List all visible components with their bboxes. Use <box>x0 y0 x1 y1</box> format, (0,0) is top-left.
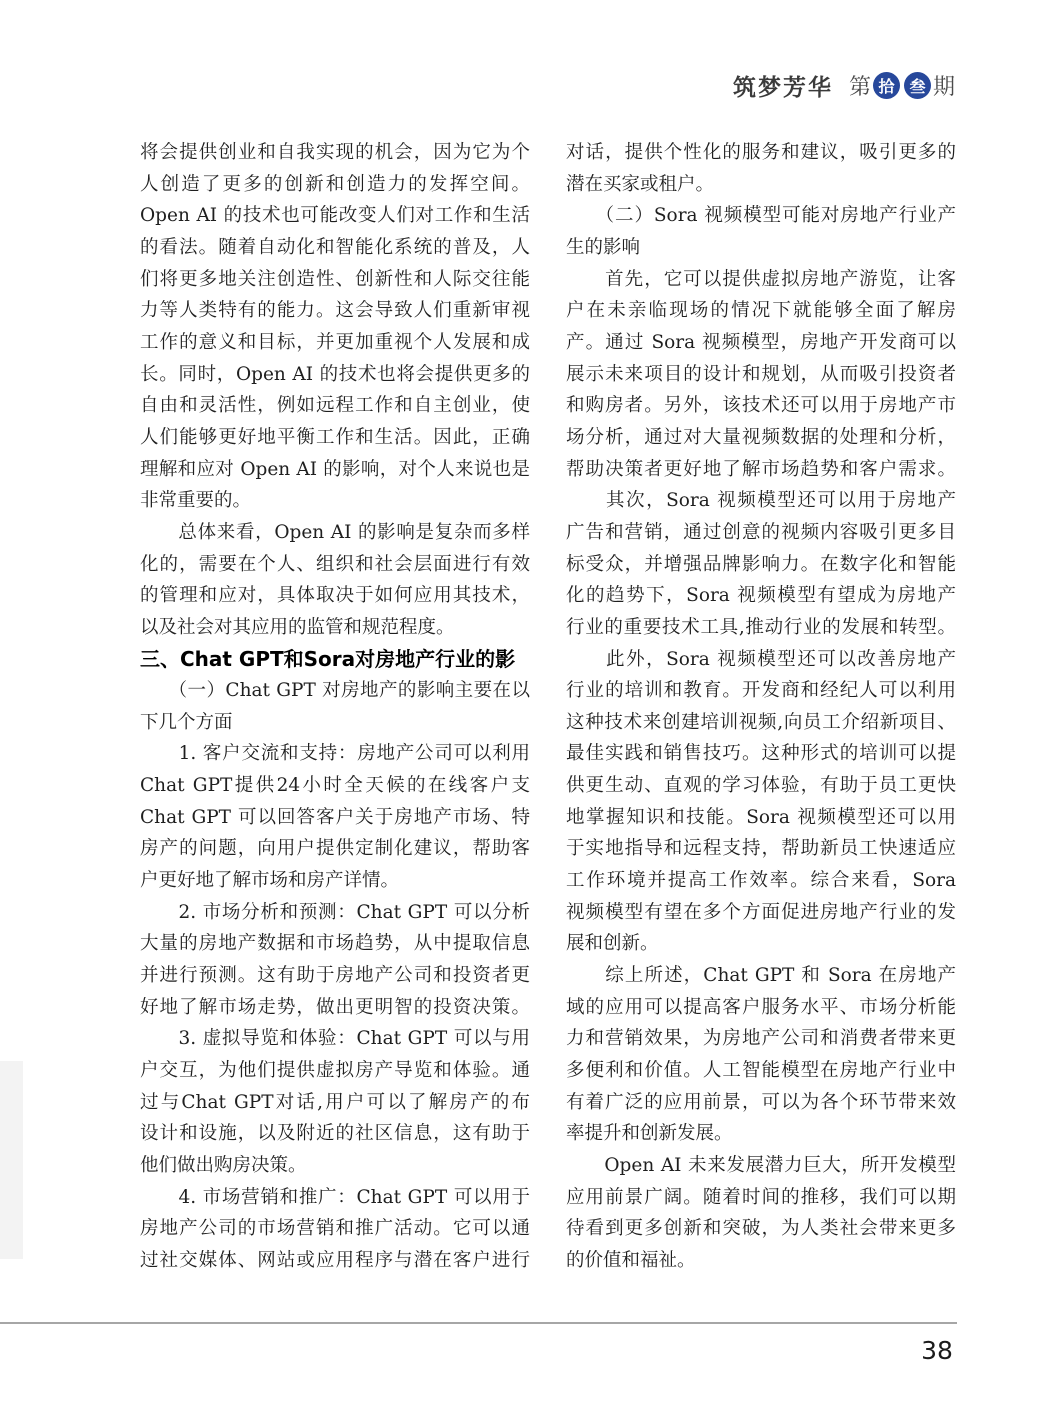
text-line: 大量的房地产数据和市场趋势，从中提取信息 <box>140 928 530 960</box>
text-line: 帮助决策者更好地了解市场趋势和客户需求。 <box>566 454 956 486</box>
text-line: 场分析，通过对大量视频数据的处理和分析， <box>566 422 956 454</box>
text-line: Open AI 的技术也可能改变人们对工作和生活 <box>140 200 530 232</box>
text-line: 过社交媒体、网站或应用程序与潜在客户进行 <box>140 1245 530 1277</box>
text-line: 综上所述，Chat GPT 和 Sora 在房地产领 <box>566 960 956 992</box>
text-line: 其次，Sora 视频模型还可以用于房地产 <box>566 485 956 517</box>
text-line: 3. 虚拟导览和体验：Chat GPT 可以与用 <box>140 1023 530 1055</box>
text-line: 非常重要的。 <box>140 485 530 517</box>
article-right-column: 对话，提供个性化的服务和建议，吸引更多的潜在买家或租户。 （二）Sora 视频模… <box>566 137 956 1277</box>
text-line: 户交互，为他们提供虚拟房产导览和体验。通 <box>140 1055 530 1087</box>
text-line: 化的，需要在个人、组织和社会层面进行有效 <box>140 549 530 581</box>
text-line: 应用前景广阔。随着时间的推移，我们可以期 <box>566 1182 956 1214</box>
page-number: 38 <box>895 1336 979 1365</box>
text-line: 过与Chat GPT对话,用户可以了解房产的布局、 <box>140 1087 530 1119</box>
text-line: 和购房者。另外，该技术还可以用于房地产市 <box>566 390 956 422</box>
text-line: 展示未来项目的设计和规划，从而吸引投资者 <box>566 359 956 391</box>
text-line: 设计和设施，以及附近的社区信息，这有助于 <box>140 1118 530 1150</box>
text-line: 的看法。随着自动化和智能化系统的普及，人 <box>140 232 530 264</box>
text-line: 有着广泛的应用前景，可以为各个环节带来效 <box>566 1087 956 1119</box>
text-line: 率提升和创新发展。 <box>566 1118 956 1150</box>
text-line: Chat GPT提供24小时全天候的在线客户支持。 <box>140 770 530 802</box>
text-line: 化的趋势下，Sora 视频模型有望成为房地产 <box>566 580 956 612</box>
text-line: 户更好地了解市场和房产详情。 <box>140 865 530 897</box>
text-line: 潜在买家或租户。 <box>566 169 956 201</box>
text-line: 多便利和价值。人工智能模型在房地产行业中 <box>566 1055 956 1087</box>
text-line: 对话，提供个性化的服务和建议，吸引更多的 <box>566 137 956 169</box>
text-line: （一）Chat GPT 对房地产的影响主要在以 <box>140 675 530 707</box>
text-line: 地掌握知识和技能。Sora 视频模型还可以用 <box>566 802 956 834</box>
text-line: 最佳实践和销售技巧。这种形式的培训可以提 <box>566 738 956 770</box>
article-left-column: 将会提供创业和自我实现的机会，因为它为个人创造了更多的创新和创造力的发挥空间。O… <box>140 137 530 1277</box>
text-line: 行业的培训和教育。开发商和经纪人可以利用 <box>566 675 956 707</box>
text-line: 供更生动、直观的学习体验，有助于员工更快 <box>566 770 956 802</box>
issue-digit-badge-2: 叁 <box>904 72 931 99</box>
text-line: 人们能够更好地平衡工作和生活。因此，正确 <box>140 422 530 454</box>
magazine-title: 筑梦芳华 <box>733 69 833 102</box>
text-line: 广告和营销，通过创意的视频内容吸引更多目 <box>566 517 956 549</box>
footer-divider <box>0 1322 957 1324</box>
text-line: 长。同时，Open AI 的技术也将会提供更多的 <box>140 359 530 391</box>
text-line: 房地产公司的市场营销和推广活动。它可以通 <box>140 1213 530 1245</box>
text-line: 房产的问题，向用户提供定制化建议，帮助客 <box>140 833 530 865</box>
text-line: 户在未亲临现场的情况下就能够全面了解房 <box>566 295 956 327</box>
text-line: 人创造了更多的创新和创造力的发挥空间。 <box>140 169 530 201</box>
text-line: 此外，Sora 视频模型还可以改善房地产 <box>566 644 956 676</box>
text-line: 力等人类特有的能力。这会导致人们重新审视 <box>140 295 530 327</box>
text-line: 们将更多地关注创造性、创新性和人际交往能 <box>140 264 530 296</box>
section-heading: 三、Chat GPT和Sora对房地产行业的影响 <box>140 644 530 676</box>
issue-number: 第 拾 叁 期 <box>849 70 955 101</box>
text-line: 待看到更多创新和突破，为人类社会带来更多 <box>566 1213 956 1245</box>
text-line: 自由和灵活性，例如远程工作和自主创业，使 <box>140 390 530 422</box>
text-line: 视频模型有望在多个方面促进房地产行业的发 <box>566 897 956 929</box>
text-line: 标受众，并增强品牌影响力。在数字化和智能 <box>566 549 956 581</box>
text-line: 域的应用可以提高客户服务水平、市场分析能 <box>566 992 956 1024</box>
text-line: Open AI 未来发展潜力巨大，所开发模型 <box>566 1150 956 1182</box>
text-line: 总体来看，Open AI 的影响是复杂而多样 <box>140 517 530 549</box>
text-line: 下几个方面 <box>140 707 530 739</box>
issue-prefix: 第 <box>849 70 871 101</box>
page-header: 筑梦芳华 第 拾 叁 期 <box>733 69 955 101</box>
text-line: 产。通过 Sora 视频模型，房地产开发商可以 <box>566 327 956 359</box>
text-line: 力和营销效果，为房地产公司和消费者带来更 <box>566 1023 956 1055</box>
text-line: 工作环境并提高工作效率。综合来看，Sora <box>566 865 956 897</box>
text-line: 以及社会对其应用的监管和规范程度。 <box>140 612 530 644</box>
text-line: （二）Sora 视频模型可能对房地产行业产 <box>566 200 956 232</box>
text-line: 1. 客户交流和支持：房地产公司可以利用 <box>140 738 530 770</box>
text-line: 将会提供创业和自我实现的机会，因为它为个 <box>140 137 530 169</box>
text-line: 这种技术来创建培训视频,向员工介绍新项目、 <box>566 707 956 739</box>
text-line: 他们做出购房决策。 <box>140 1150 530 1182</box>
text-line: 2. 市场分析和预测：Chat GPT 可以分析 <box>140 897 530 929</box>
issue-digit-badge-1: 拾 <box>873 72 900 99</box>
text-line: 展和创新。 <box>566 928 956 960</box>
text-line: 的管理和应对，具体取决于如何应用其技术， <box>140 580 530 612</box>
text-line: 理解和应对 Open AI 的影响，对个人来说也是 <box>140 454 530 486</box>
text-line: 于实地指导和远程支持，帮助新员工快速适应 <box>566 833 956 865</box>
magazine-page: 筑梦芳华 第 拾 叁 期 将会提供创业和自我实现的机会，因为它为个人创造了更多的… <box>0 0 1051 1420</box>
text-line: Chat GPT 可以回答客户关于房地产市场、特定 <box>140 802 530 834</box>
text-line: 好地了解市场走势，做出更明智的投资决策。 <box>140 992 530 1024</box>
text-line: 的价值和福祉。 <box>566 1245 956 1277</box>
text-line: 并进行预测。这有助于房地产公司和投资者更 <box>140 960 530 992</box>
issue-suffix: 期 <box>933 70 955 101</box>
text-line: 行业的重要技术工具,推动行业的发展和转型。 <box>566 612 956 644</box>
text-line: 4. 市场营销和推广：Chat GPT 可以用于 <box>140 1182 530 1214</box>
left-margin-strip <box>0 1061 23 1259</box>
text-line: 首先，它可以提供虚拟房地产游览，让客 <box>566 264 956 296</box>
text-line: 工作的意义和目标，并更加重视个人发展和成 <box>140 327 530 359</box>
text-line: 生的影响 <box>566 232 956 264</box>
